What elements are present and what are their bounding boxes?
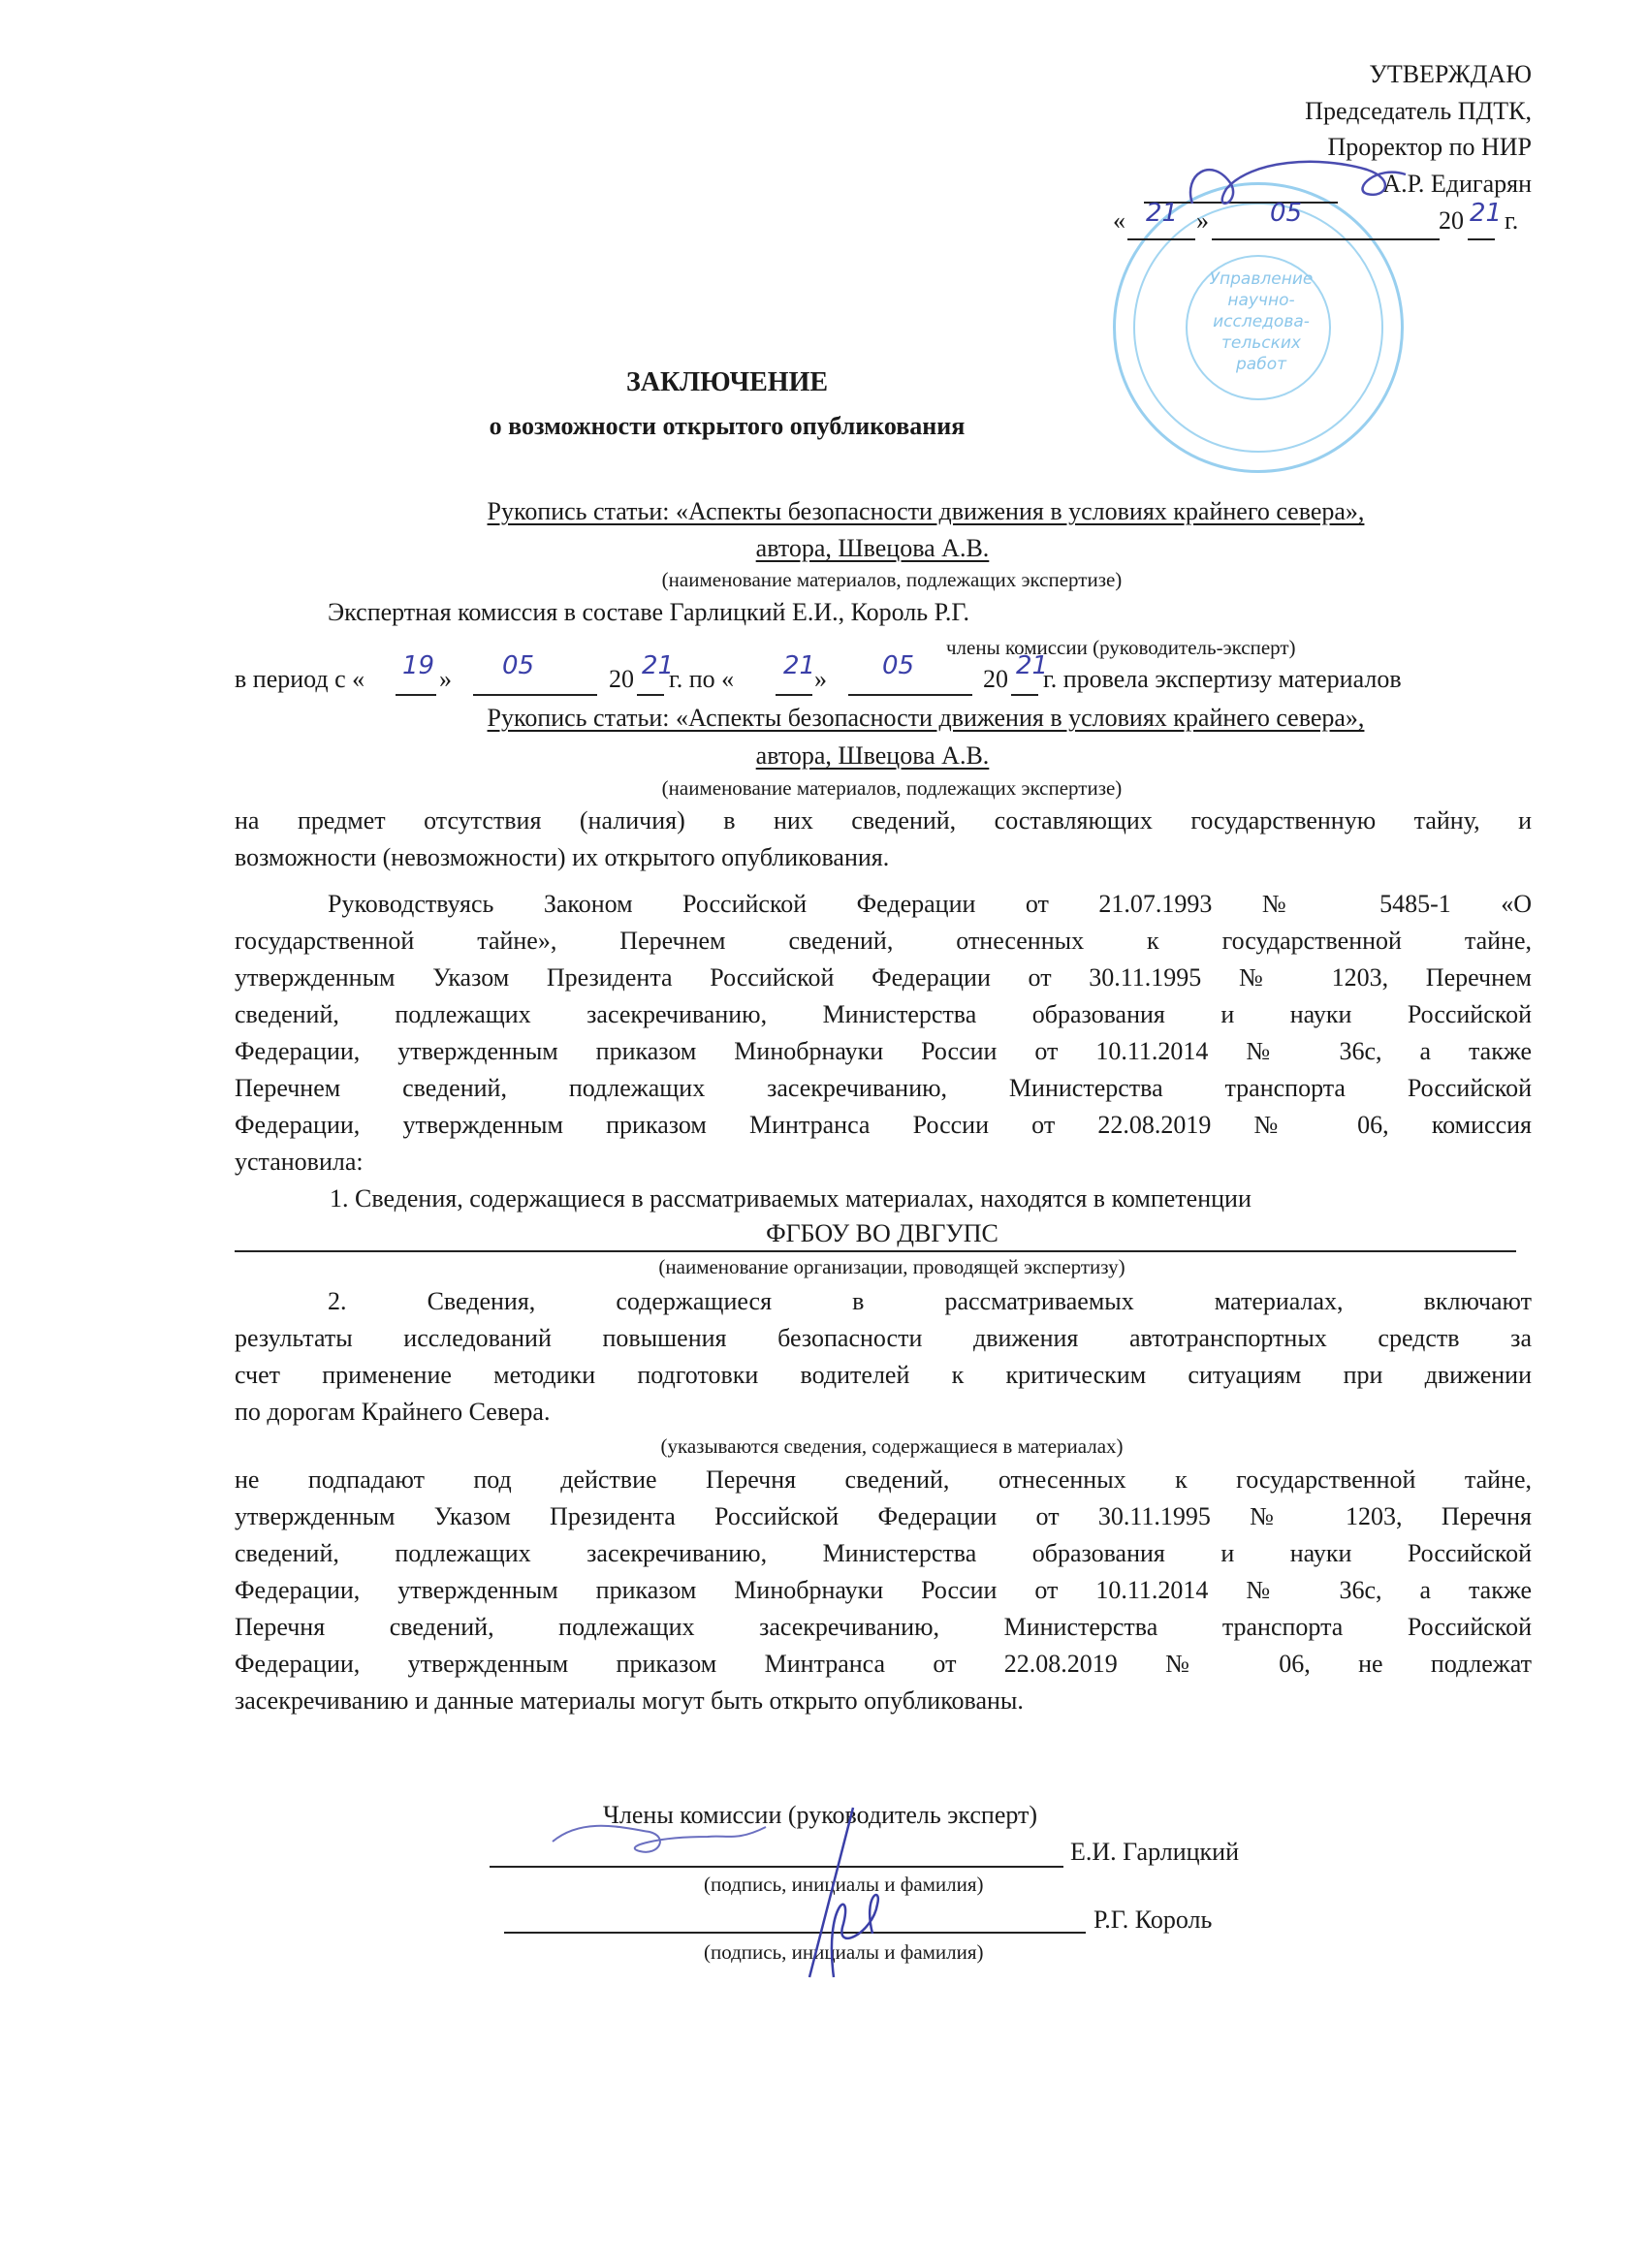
to-day-line (776, 694, 812, 696)
period-year-prefix: 20 (609, 665, 634, 694)
paragraph-line: засекречиванию и данные материалы могут … (235, 1686, 1532, 1723)
paragraph-line: сведений, подлежащих засекречиванию, Мин… (235, 1539, 1532, 1576)
period-quote: » (814, 665, 827, 694)
paragraph-line: Руководствуясь Законом Российской Федера… (235, 890, 1532, 927)
paragraph-line: утвержденным Указом Президента Российско… (235, 963, 1532, 1000)
materials-title-line-1: Рукопись статьи: «Аспекты безопасности д… (102, 497, 1648, 526)
stamp-inner-text: Управление научно- исследова- тельских р… (1186, 268, 1337, 375)
paragraph-line: 2. Сведения, содержащиеся в рассматривае… (235, 1287, 1532, 1324)
materials-caption: (наименование материалов, подлежащих экс… (68, 568, 1648, 591)
date-year-unit: г. (1505, 206, 1518, 236)
period-quote: » (439, 665, 452, 694)
paragraph-line: Федерации, утвержденным приказом Минтран… (235, 1650, 1532, 1686)
period-to-month: 05 (882, 651, 914, 680)
paragraph-line: не подпадают под действие Перечня сведен… (235, 1465, 1532, 1502)
paragraph-line: по дорогам Крайнего Севера. (235, 1398, 1532, 1434)
paragraph-line: сведений, подлежащих засекречиванию, Мин… (235, 1000, 1532, 1037)
subject-paragraph: на предмет отсутствия (наличия) в них св… (235, 806, 1532, 880)
date-day: 21 (1146, 199, 1178, 228)
organization-line (235, 1250, 1516, 1252)
date-year-suffix: 21 (1470, 199, 1502, 228)
approval-heading: УТВЕРЖДАЮ (1369, 60, 1532, 89)
approval-position-1: Председатель ПДТК, (1305, 97, 1532, 126)
item-2-caption: (указываются сведения, содержащиеся в ма… (68, 1434, 1648, 1458)
date-year-prefix: 20 (1439, 206, 1464, 236)
stamp-line: исследова- (1186, 311, 1337, 332)
period-year-prefix: 20 (983, 665, 1008, 694)
item-1-organization: ФГБОУ ВО ДВГУПС (58, 1219, 1648, 1248)
materials-title-line-2: автора, Швецова А.В. (48, 741, 1648, 771)
paragraph-line: Федерации, утвержденным приказом Минобрн… (235, 1037, 1532, 1074)
period-to-day: 21 (783, 651, 815, 680)
from-month-line (473, 694, 597, 696)
date-open-quote: « (1113, 206, 1125, 236)
item-1-caption: (наименование организации, проводящей эк… (68, 1255, 1648, 1278)
stamp-line: тельских (1186, 332, 1337, 354)
conclusion-paragraph: не подпадают под действие Перечня сведен… (235, 1465, 1532, 1723)
to-year-line (1011, 694, 1038, 696)
paragraph-line: утвержденным Указом Президента Российско… (235, 1502, 1532, 1539)
paragraph-line: Перечня сведений, подлежащих засекречива… (235, 1613, 1532, 1650)
item-1-text: 1. Сведения, содержащиеся в рассматривае… (330, 1184, 1252, 1213)
paragraph-line: результаты исследований повышения безопа… (235, 1324, 1532, 1361)
paragraph-line: установила: (235, 1148, 1532, 1184)
commission-caption: члены комиссии (руководитель-эксперт) (946, 636, 1296, 659)
date-day-line (1127, 238, 1195, 240)
period-suffix: г. провела экспертизу материалов (1043, 665, 1402, 694)
from-year-line (637, 694, 664, 696)
item-2-paragraph: 2. Сведения, содержащиеся в рассматривае… (235, 1287, 1532, 1434)
basis-paragraph: Руководствуясь Законом Российской Федера… (235, 890, 1532, 1184)
paragraph-line: Федерации, утвержденным приказом Минтран… (235, 1111, 1532, 1148)
to-month-line (848, 694, 972, 696)
paragraph-line: на предмет отсутствия (наличия) в них св… (235, 806, 1532, 843)
member-name: Е.И. Гарлицкий (1070, 1838, 1239, 1867)
paragraph-line: возможности (невозможности) их открытого… (235, 843, 1532, 880)
stamp-line: научно- (1186, 290, 1337, 311)
from-day-line (396, 694, 436, 696)
member-signatures (543, 1788, 1047, 1982)
materials-title-line-2: автора, Швецова А.В. (48, 534, 1648, 563)
period-from-month: 05 (502, 651, 534, 680)
period-to-label: г. по « (669, 665, 734, 694)
paragraph-line: государственной тайне», Перечнем сведени… (235, 927, 1532, 963)
date-month-line (1212, 238, 1440, 240)
date-month: 05 (1270, 199, 1302, 228)
document-subtitle: о возможности открытого опубликования (0, 412, 1551, 441)
period-from-day: 19 (402, 651, 434, 680)
member-name: Р.Г. Король (1093, 1906, 1212, 1935)
paragraph-line: Федерации, утвержденным приказом Минобрн… (235, 1576, 1532, 1613)
materials-title-line-1: Рукопись статьи: «Аспекты безопасности д… (102, 704, 1648, 733)
date-close-quote: » (1196, 206, 1209, 236)
paragraph-line: счет применение методики подготовки води… (235, 1361, 1532, 1398)
paragraph-line: Перечнем сведений, подлежащих засекречив… (235, 1074, 1532, 1111)
materials-caption: (наименование материалов, подлежащих экс… (68, 776, 1648, 800)
stamp-line: Управление (1186, 268, 1337, 290)
commission-text: Экспертная комиссия в составе Гарлицкий … (328, 598, 969, 627)
date-year-line (1468, 238, 1495, 240)
document-title: ЗАКЛЮЧЕНИЕ (0, 368, 1551, 397)
period-prefix: в период с « (235, 665, 364, 694)
